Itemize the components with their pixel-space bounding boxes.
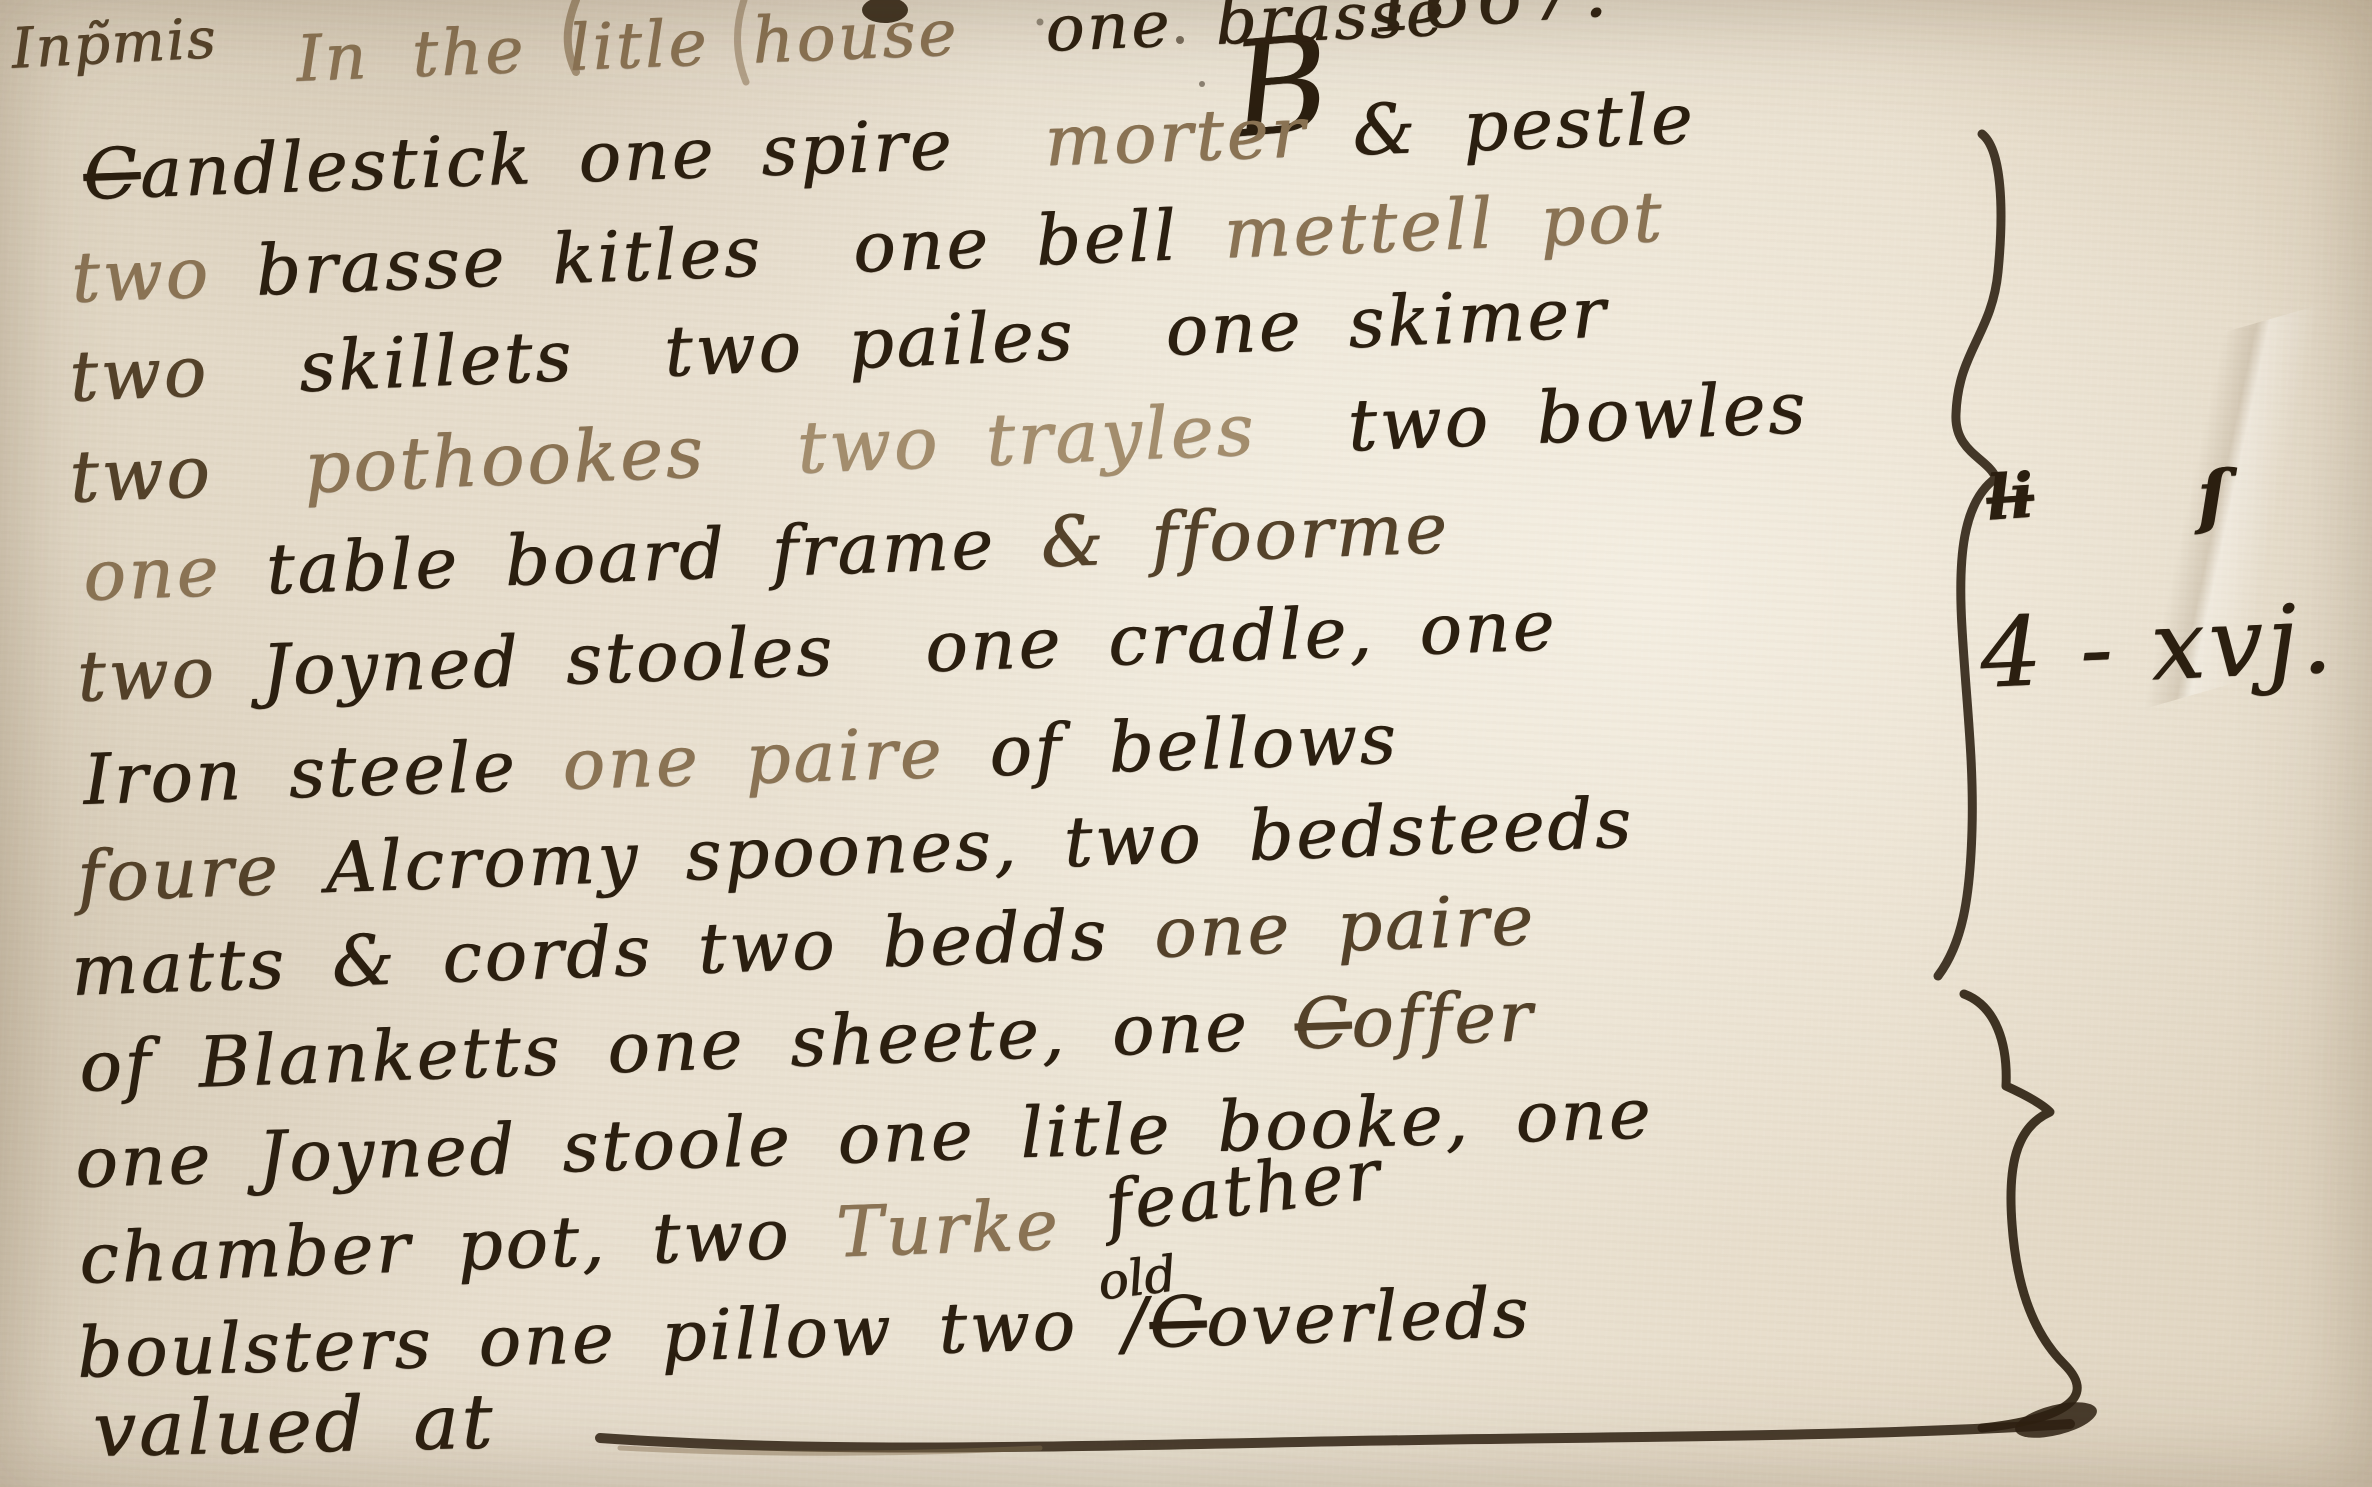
inventory-line-6: one table board frame & ffoorme <box>82 493 1451 611</box>
inventory-brace-lower <box>1964 994 2077 1428</box>
line-segment: In the litle house <box>295 0 1047 97</box>
manuscript-page: 1667. B Inp̃mis In the litle house one b… <box>0 0 2372 1487</box>
valuation-amount: 4 - xvj. <box>1978 591 2337 702</box>
line-segment: two bowles <box>1346 365 1809 467</box>
line-segment: one pillow <box>477 1288 939 1383</box>
line-segment: Joyned stooles <box>260 606 926 711</box>
line-segment: one skimer <box>1164 272 1610 372</box>
line-segment: one sheete, <box>606 990 1113 1090</box>
line-segment: matts & cords <box>70 908 699 1012</box>
line-segment: & pestle <box>1351 78 1696 172</box>
line-segment: two <box>76 630 263 718</box>
line-segment: one cradle, one <box>924 584 1559 688</box>
line-segment: two trayles <box>795 384 1349 490</box>
line-segment: Coffer <box>1293 981 1536 1059</box>
line-segment: chamber pot, <box>78 1198 653 1300</box>
line-segment: one Joyned stoole <box>74 1098 839 1204</box>
line-segment: Turke <box>835 1182 1107 1273</box>
line-segment: mettell pot <box>1222 176 1665 275</box>
line-segment: one spire <box>577 100 1046 198</box>
inventory-line-15: valued at <box>92 1384 496 1468</box>
line-segment: one brasse <box>1044 0 1448 67</box>
line-segment: pothookes <box>302 406 798 510</box>
valuation-rule-echo <box>620 1448 1040 1453</box>
line-segment: Alcromy spoones, <box>324 802 1065 910</box>
line-segment: of Blanketts <box>78 1008 609 1108</box>
line-segment: of bellows <box>988 698 1400 793</box>
line-segment: skillets <box>297 311 666 408</box>
line-segment: two <box>68 426 306 519</box>
line-segment: Candlestick <box>82 123 579 210</box>
line-segment: one paire <box>561 711 990 806</box>
shillings-symbol: ſ <box>2196 461 2229 532</box>
line-segment: one <box>1110 984 1296 1072</box>
ink-blob-rule-end <box>2012 1395 2101 1444</box>
line-segment: two bedds <box>696 892 1155 990</box>
inventory-brace-upper <box>1938 134 2001 976</box>
line-segment: two pailes <box>662 290 1167 393</box>
line-segment: Iron steele <box>82 724 564 821</box>
line-segment: two <box>937 1283 1124 1370</box>
line-segment: one paire <box>1153 879 1537 974</box>
valuation-rule <box>600 1424 2070 1448</box>
line-segment: one <box>82 529 268 617</box>
line-segment: two <box>70 230 257 319</box>
pounds-symbol: li <box>1984 465 2035 530</box>
inventory-line-14: boulsters one pillow two /Coverleds <box>76 1277 1532 1388</box>
line-segment: two <box>650 1192 837 1280</box>
line-segment: brasse kitles <box>254 207 854 312</box>
line-segment: two <box>68 326 301 418</box>
line-segment: one bell <box>851 193 1225 289</box>
line-segment: valued at <box>92 1377 496 1474</box>
imprimis-margin-word: Inp̃mis <box>10 11 218 78</box>
interline-insert-old: old <box>1095 1248 1179 1307</box>
line-segment: Coverleds <box>1148 1277 1531 1358</box>
ink-speck-2 <box>1199 81 1205 87</box>
line-segment: two bedsteeds <box>1062 782 1635 884</box>
line-segment: table board frame <box>265 502 1042 611</box>
line-segment: morter <box>1043 90 1354 183</box>
line-segment: foure <box>76 827 327 918</box>
line-segment: & ffoorme <box>1039 487 1451 583</box>
